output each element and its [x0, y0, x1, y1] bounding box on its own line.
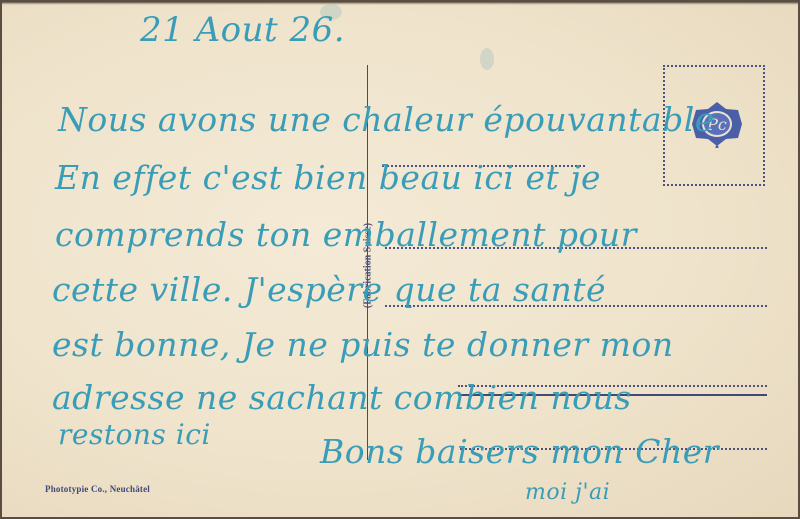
- message-line-4: cette ville. J'espère que ta santé: [52, 270, 606, 309]
- message-line-6: adresse ne sachant combien nous: [52, 378, 632, 417]
- ink-stain: [480, 48, 494, 70]
- message-line-2: En effet c'est bien beau ici et je: [55, 158, 601, 197]
- date-text: 21 Aout 26.: [140, 10, 345, 50]
- message-line-5: est bonne, Je ne puis te donner mon: [52, 325, 674, 364]
- message-closing: Bons baisers mon Cher: [320, 432, 719, 471]
- message-line-1: Nous avons une chaleur épouvantable: [58, 100, 715, 139]
- message-line-3: comprends ton emballement pour: [55, 215, 637, 254]
- printer-imprint: Phototypie Co., Neuchâtel: [45, 484, 150, 494]
- postcard-back: 21 Aout 26. (Fabrication Suisse) Pc Nous…: [0, 0, 800, 519]
- message-line-7: restons ici: [58, 418, 211, 451]
- message-signature: moi j'ai: [525, 480, 610, 505]
